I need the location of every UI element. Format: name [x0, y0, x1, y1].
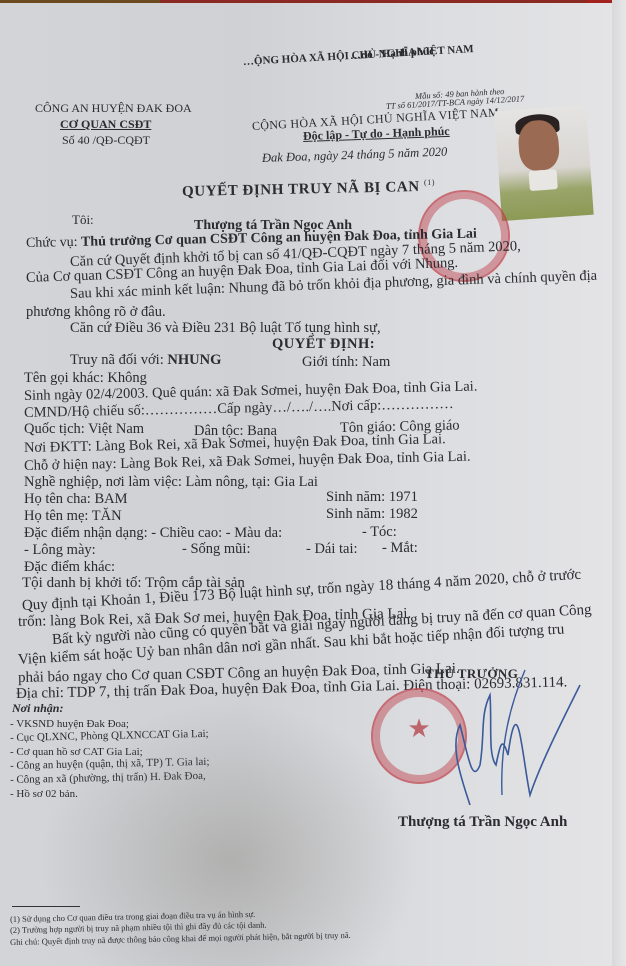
mother-birth-year: Sinh năm: 1982	[326, 506, 418, 522]
wanted-name: NHUNG	[167, 352, 221, 368]
feature-earlobe: - Dái tai:	[306, 541, 358, 557]
official-stamp-signature: ★	[371, 688, 467, 784]
feature-skin: - Màu da:	[226, 525, 282, 541]
signer-title: THỦ TRƯỞNG	[425, 666, 518, 682]
mother-name: Họ tên mẹ: TĂN	[24, 508, 122, 524]
feature-eyes: - Mắt:	[382, 540, 418, 556]
other-features: Đặc điểm khác:	[24, 559, 115, 575]
recipient-item: - Hồ sơ 02 bản.	[10, 786, 78, 802]
feature-nose: - Sống mũi:	[182, 541, 250, 557]
decision-heading: QUYẾT ĐỊNH:	[272, 336, 375, 352]
underlying-page-edge	[612, 0, 626, 966]
signer-name: Thượng tá Trần Ngọc Anh	[398, 814, 567, 830]
feature-height: Đặc điểm nhận dạng: - Chiều cao:	[24, 525, 222, 541]
alias: Tên gọi khác: Không	[24, 370, 147, 386]
position-label: Chức vụ:	[26, 235, 78, 251]
recipients-heading: Nơi nhận:	[12, 700, 63, 716]
father-name: Họ tên cha: BAM	[24, 491, 128, 507]
issuer-label: Tôi:	[72, 212, 94, 228]
basis-line-4: phương không rõ ở đâu.	[26, 304, 166, 320]
agency-unit: CƠ QUAN CSĐT	[60, 116, 151, 132]
father-birth-year: Sinh năm: 1971	[326, 489, 418, 505]
photo-collar	[529, 169, 558, 191]
feature-eyebrows: - Lông mày:	[24, 542, 96, 558]
basis-line-5: Căn cứ Điều 36 và Điều 231 Bộ luật Tố tụ…	[70, 320, 381, 336]
occupation: Nghề nghiệp, nơi làm việc: Làm nông, tại…	[24, 474, 318, 490]
gender: Giới tính: Nam	[302, 354, 390, 370]
suspect-photo	[494, 105, 593, 221]
wanted-label: Truy nã đối với:	[70, 352, 164, 368]
nationality: Quốc tịch: Việt Nam	[24, 421, 144, 437]
footnote-divider	[12, 906, 80, 907]
agency-name: CÔNG AN HUYỆN ĐAK ĐOA	[35, 100, 192, 116]
stamp-star-icon: ★	[407, 714, 430, 744]
feature-hair: - Tóc:	[362, 524, 397, 540]
document-number: Số 40 /QĐ-CQĐT	[62, 132, 150, 148]
title-footnote-ref: (1)	[424, 178, 435, 187]
identifying-features-1: Đặc điểm nhận dạng: - Chiều cao: - Màu d…	[24, 525, 282, 541]
wanted-person: Truy nã đối với: NHUNG	[70, 352, 221, 368]
